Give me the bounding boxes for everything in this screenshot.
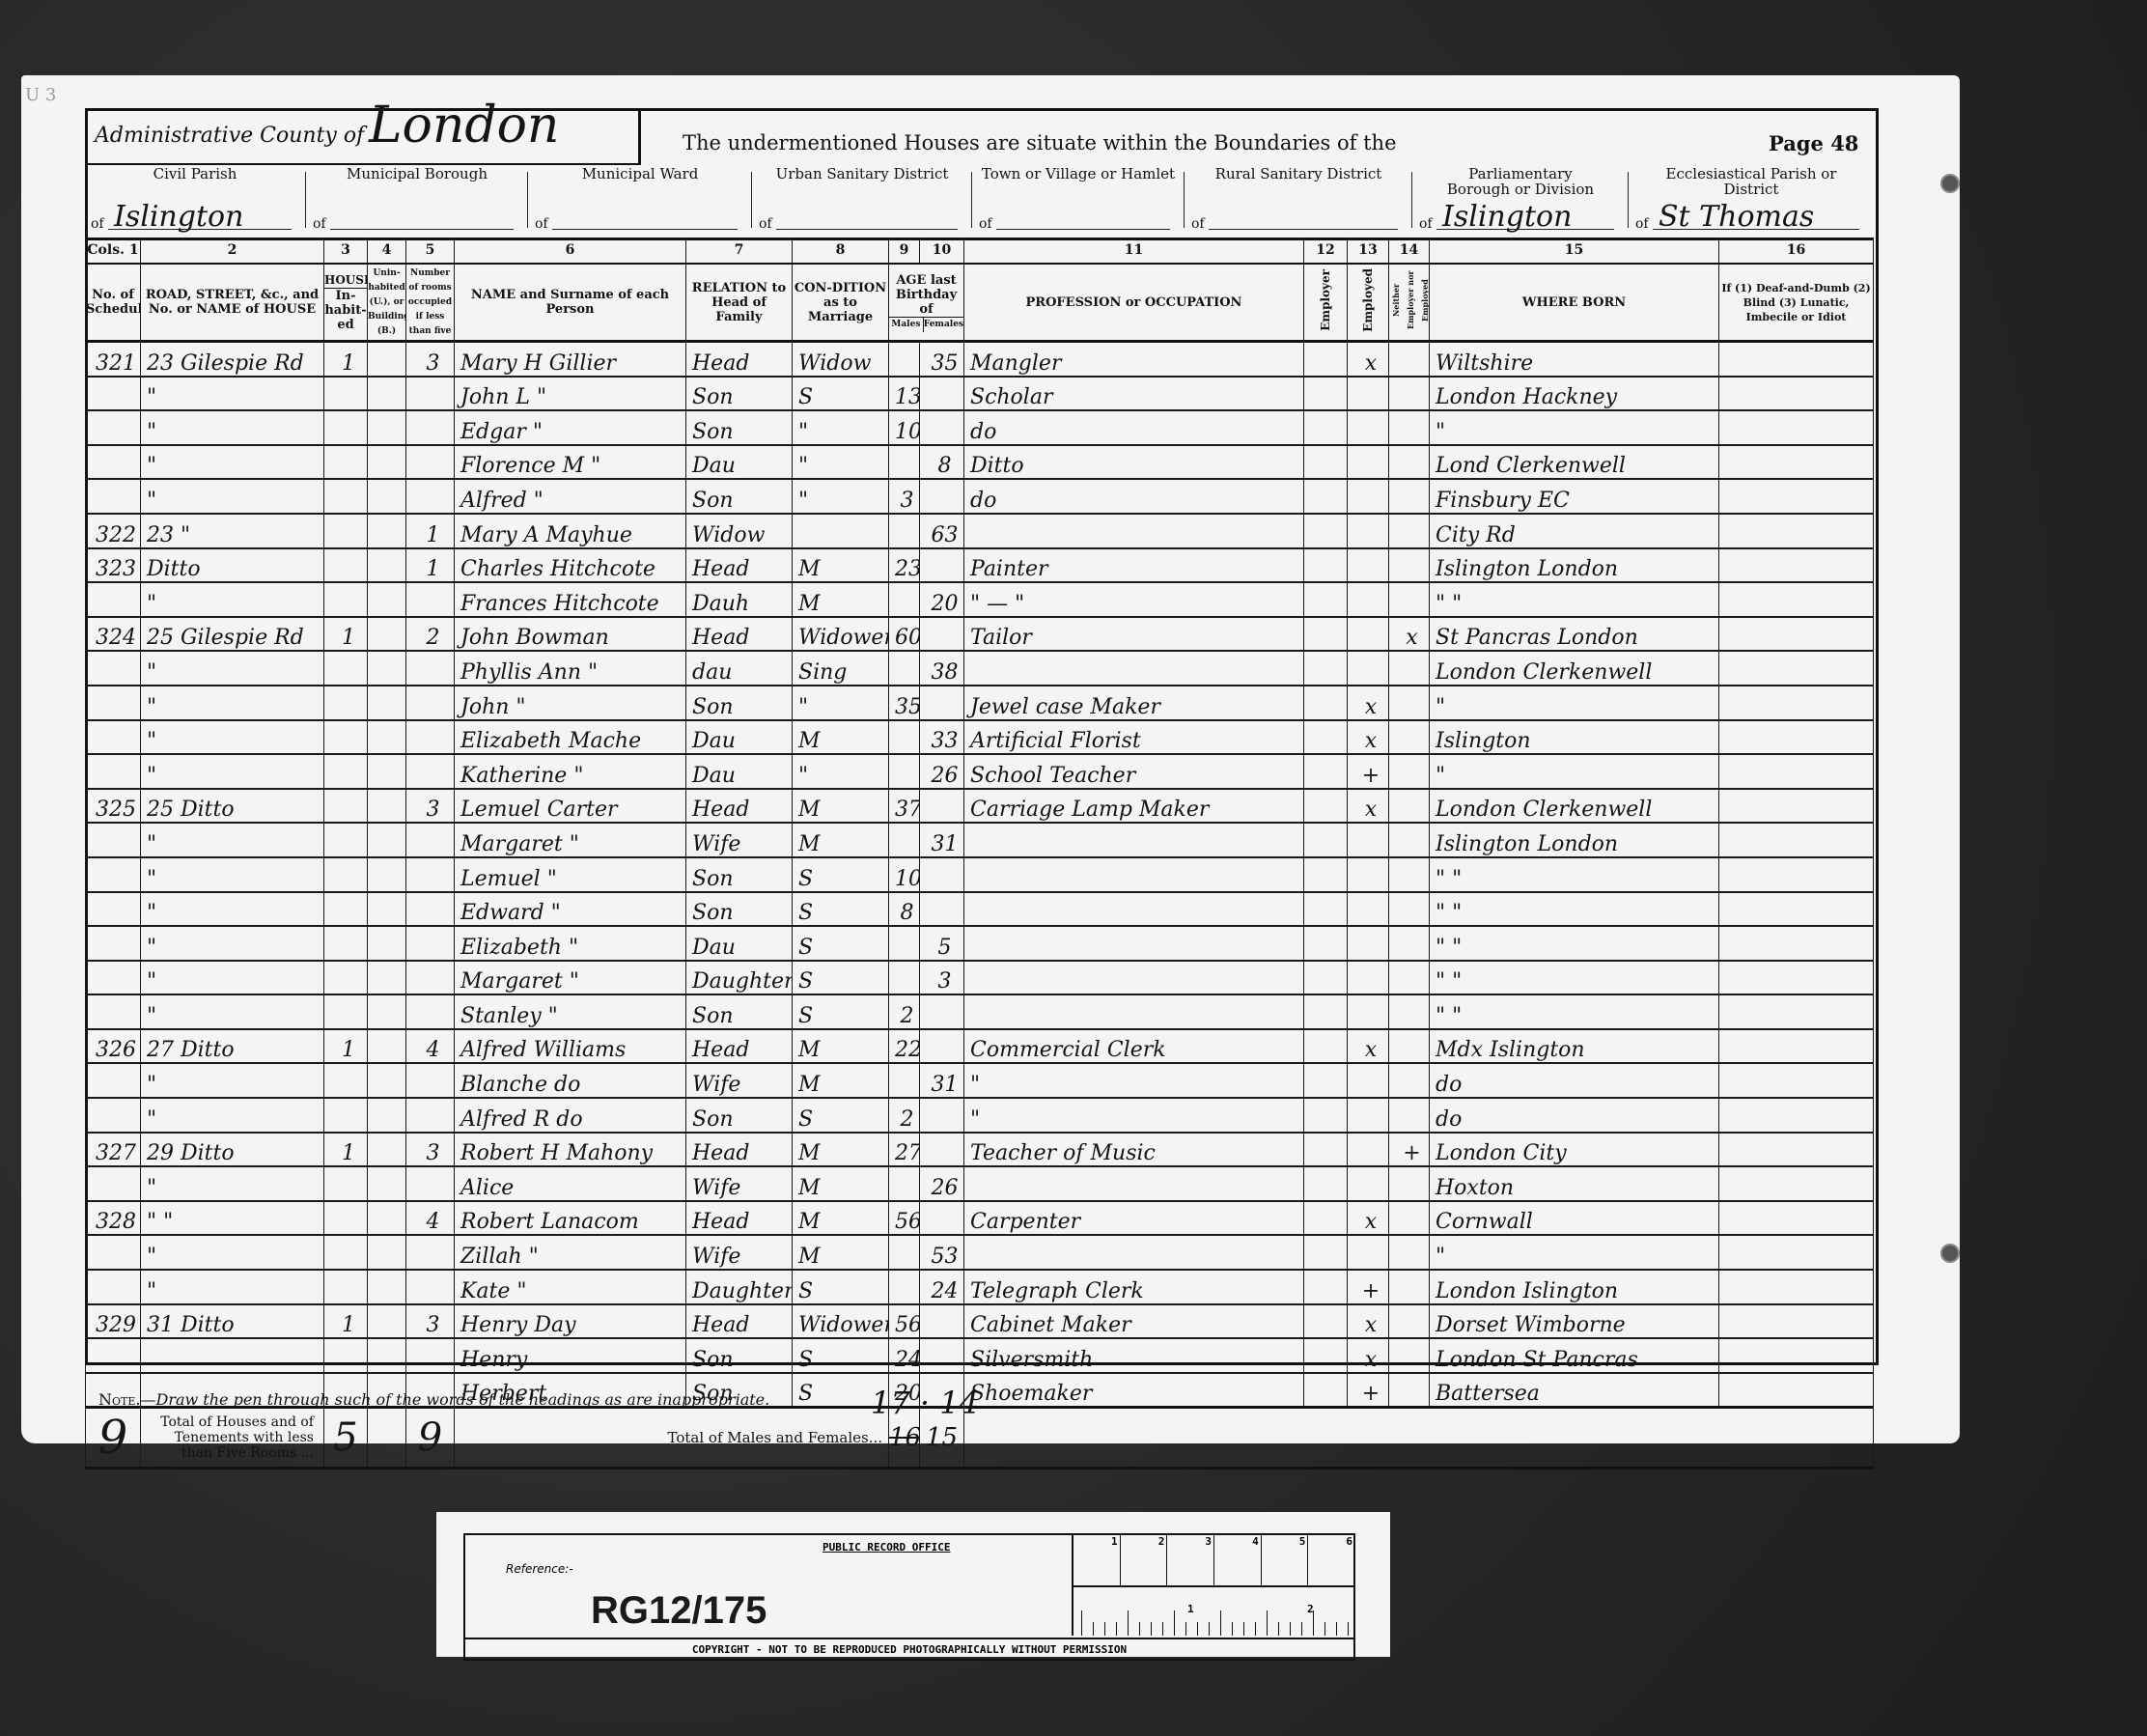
inhabited [324,514,368,548]
schedule-number: 322 [86,514,141,548]
infirmity [1719,342,1874,377]
fill-line [776,229,958,230]
female-age [920,1201,964,1236]
male-age [889,342,920,377]
employer-mark [1304,994,1348,1029]
uninhabited [368,754,406,789]
person-name: John Bowman [455,617,686,652]
person-name: Henry [455,1338,686,1373]
address: " [141,961,324,995]
rooms: 4 [406,1201,455,1236]
male-age: 22 [889,1029,920,1064]
age-group-label: AGE last Birthday of [889,273,963,317]
occupation: Commercial Clerk [964,1029,1304,1064]
neither-mark [1389,479,1430,514]
schedule-number: 321 [86,342,141,377]
relation: Dau [686,445,793,480]
male-age: 8 [889,892,920,927]
inhabited [324,548,368,583]
employed-mark [1348,617,1389,652]
neither-mark [1389,582,1430,617]
reference-card-frame: PUBLIC RECORD OFFICE Reference:- RG12/17… [463,1533,1355,1661]
female-age: 31 [920,1063,964,1098]
rooms [406,1235,455,1270]
female-age [920,1029,964,1064]
person-name: Mary A Mayhue [455,514,686,548]
employed-mark [1348,857,1389,892]
schedule-number [86,994,141,1029]
condition: Sing [793,651,889,686]
person-name: Charles Hitchcote [455,548,686,583]
employer-mark [1304,548,1348,583]
header-employed: Employed [1348,264,1389,342]
neither-mark [1389,1304,1430,1339]
rooms [406,445,455,480]
urban-sanitary-label: Urban Sanitary District [753,166,971,182]
infirmity [1719,410,1874,445]
employer-mark [1304,1201,1348,1236]
condition: M [793,1166,889,1201]
ruler-tick [1128,1610,1129,1636]
occupation [964,823,1304,857]
birthplace: " [1430,754,1719,789]
condition: S [793,1338,889,1373]
address: " [141,1235,324,1270]
relation: Son [686,479,793,514]
schedule-number: 326 [86,1029,141,1064]
female-age: 35 [920,342,964,377]
census-rows: 32123 Gilespie Rd13Mary H GillierHeadWid… [86,342,1874,1408]
header-employed-label: Employed [1361,268,1376,332]
person-name: Lemuel Carter [455,789,686,824]
inhabited [324,1201,368,1236]
header-employer-label: Employer [1319,269,1333,331]
schedule-number [86,1270,141,1304]
female-age [920,1133,964,1167]
uninhabited [368,1098,406,1133]
employed-mark [1348,548,1389,583]
inhabited [324,651,368,686]
infirmity [1719,1201,1874,1236]
birthplace: " " [1430,961,1719,995]
census-table: Cols. 1 2 3 4 5 6 7 8 9 10 11 12 13 14 1… [85,238,1874,1470]
table-row: "Margaret "DaughterS3" " [86,961,1874,995]
infirmity [1719,1235,1874,1270]
person-name: John " [455,686,686,720]
neither-mark [1389,1098,1430,1133]
schedule-number: 328 [86,1201,141,1236]
houses-group-label: HOUSES [324,273,367,289]
header-age: AGE last Birthday of MalesFemales [889,264,964,342]
col-number: 16 [1719,238,1874,264]
of-label: of [979,216,992,232]
col-number: 13 [1348,238,1389,264]
table-row: "Phyllis Ann "dauSing38London Clerkenwel… [86,651,1874,686]
employed-mark [1348,892,1389,927]
col-number: 11 [964,238,1304,264]
infirmity [1719,548,1874,583]
uninhabited [368,961,406,995]
ruler-mark: 1 [1073,1535,1121,1585]
person-name: Robert H Mahony [455,1133,686,1167]
occupation [964,892,1304,927]
address: 29 Ditto [141,1133,324,1167]
neither-mark [1389,961,1430,995]
of-label: of [535,216,548,232]
occupation [964,1235,1304,1270]
relation: Head [686,1133,793,1167]
relation: Head [686,342,793,377]
person-name: Frances Hitchcote [455,582,686,617]
employer-mark [1304,823,1348,857]
divider [751,172,752,228]
employer-mark [1304,651,1348,686]
neither-mark [1389,926,1430,961]
condition: Widow [793,342,889,377]
inhabited [324,410,368,445]
neither-mark [1389,1063,1430,1098]
schedule-number [86,823,141,857]
address [141,1338,324,1373]
copyright-notice: COPYRIGHT - NOT TO BE REPRODUCED PHOTOGR… [465,1638,1353,1656]
female-age: 5 [920,926,964,961]
uninhabited [368,857,406,892]
condition: Widower [793,617,889,652]
employed-mark [1348,410,1389,445]
neither-mark [1389,1235,1430,1270]
condition: M [793,1063,889,1098]
ruler-tick [1116,1622,1117,1636]
page-number: Page 48 [1769,131,1858,155]
col-number: 6 [455,238,686,264]
table-row: 323Ditto1Charles HitchcoteHeadM23Painter… [86,548,1874,583]
urban-sanitary-cell: Urban Sanitary District of [753,160,971,238]
condition: S [793,1270,889,1304]
ruler-tick [1197,1622,1198,1636]
table-row: 32931 Ditto13Henry DayHeadWidower56Cabin… [86,1304,1874,1339]
infirmity [1719,617,1874,652]
relation: Wife [686,823,793,857]
birthplace: Hoxton [1430,1166,1719,1201]
table-row: "Katherine "Dau"26School Teacher+" [86,754,1874,789]
employer-mark [1304,961,1348,995]
rooms [406,720,455,755]
schedule-number: 327 [86,1133,141,1167]
occupation [964,961,1304,995]
female-age: 8 [920,445,964,480]
male-age: 2 [889,994,920,1029]
occupation: " [964,1098,1304,1133]
ruler-tick [1255,1622,1256,1636]
neither-mark [1389,994,1430,1029]
person-name: Margaret " [455,823,686,857]
birthplace: " " [1430,926,1719,961]
uninhabited [368,342,406,377]
schedule-number [86,1063,141,1098]
female-age [920,479,964,514]
condition: M [793,720,889,755]
birthplace: London Islington [1430,1270,1719,1304]
female-age: 26 [920,754,964,789]
uninhabited [368,651,406,686]
schedule-number [86,651,141,686]
infirmity [1719,754,1874,789]
note-text: —Draw the pen through such of the words … [140,1390,769,1409]
address: 25 Gilespie Rd [141,617,324,652]
uninhabited [368,892,406,927]
condition [793,514,889,548]
of-label: of [313,216,326,232]
schedule-number: 325 [86,789,141,824]
inhabited [324,1235,368,1270]
uninhabited [368,720,406,755]
scale-ruler: 1 2 3 4 5 6 1 2 [1072,1535,1355,1636]
table-row: "Frances HitchcoteDauhM20" — "" " [86,582,1874,617]
uninhabited [368,617,406,652]
rooms [406,651,455,686]
relation: Son [686,892,793,927]
birthplace: " " [1430,582,1719,617]
female-age [920,410,964,445]
address: " [141,720,324,755]
female-age [920,789,964,824]
table-row: "Lemuel "SonS10" " [86,857,1874,892]
rooms [406,686,455,720]
uninhabited [368,1201,406,1236]
divider [1411,172,1412,228]
employer-mark [1304,514,1348,548]
inhabited [324,686,368,720]
male-age: 37 [889,789,920,824]
table-row: "Florence M "Dau"8DittoLond Clerkenwell [86,445,1874,480]
rural-sanitary-cell: Rural Sanitary District of [1185,160,1411,238]
male-age: 27 [889,1133,920,1167]
male-age [889,720,920,755]
column-header-row: No. of Schedule ROAD, STREET, &c., and N… [86,264,1874,342]
col-number: 15 [1430,238,1719,264]
employed-mark [1348,651,1389,686]
condition: " [793,410,889,445]
ruler-tick [1081,1610,1082,1636]
relation: Head [686,1029,793,1064]
schedule-number: 323 [86,548,141,583]
female-age [920,1098,964,1133]
schedule-number: 324 [86,617,141,652]
rooms [406,857,455,892]
corrected-totals: 17 · 14 [871,1385,979,1421]
employer-mark [1304,479,1348,514]
relation: Son [686,686,793,720]
uninhabited [368,1338,406,1373]
address: 31 Ditto [141,1304,324,1339]
employer-mark [1304,617,1348,652]
employed-mark: x [1348,1338,1389,1373]
rooms [406,1338,455,1373]
condition: " [793,686,889,720]
male-age [889,1270,920,1304]
table-row: 328" "4Robert LanacomHeadM56CarpenterxCo… [86,1201,1874,1236]
occupation: Cabinet Maker [964,1304,1304,1339]
ruler-tick [1324,1622,1325,1636]
employer-mark [1304,1098,1348,1133]
of-label: of [1191,216,1205,232]
employer-mark [1304,1235,1348,1270]
uninhabited [368,410,406,445]
col-number: 3 [324,238,368,264]
male-age: 56 [889,1304,920,1339]
schedule-number [86,410,141,445]
col-number: Cols. 1 [86,238,141,264]
employed-mark [1348,445,1389,480]
inhabited: 1 [324,1029,368,1064]
rooms: 3 [406,1133,455,1167]
header-address: ROAD, STREET, &c., and No. or NAME of HO… [141,264,324,342]
inhabited [324,823,368,857]
female-age [920,892,964,927]
male-age: 56 [889,1201,920,1236]
condition: " [793,479,889,514]
employer-mark [1304,926,1348,961]
col-number: 7 [686,238,793,264]
relation: Son [686,1338,793,1373]
schedule-number [86,892,141,927]
rooms: 4 [406,1029,455,1064]
address: " [141,892,324,927]
rooms [406,823,455,857]
of-label: of [1635,216,1649,232]
birthplace: do [1430,1063,1719,1098]
occupation: Scholar [964,377,1304,411]
margin-mark: U 3 [25,85,56,105]
ruler-tick [1174,1610,1175,1636]
boundaries-row: Civil Parish of Islington Municipal Boro… [85,160,1873,240]
male-age: 10 [889,857,920,892]
town-village-label: Town or Village or Hamlet [973,166,1184,182]
infirmity [1719,651,1874,686]
male-age: 24 [889,1338,920,1373]
condition: S [793,1098,889,1133]
divider [971,172,972,228]
male-age [889,1063,920,1098]
address: " [141,582,324,617]
reference-code: RG12/175 [591,1589,767,1633]
relation: Dau [686,720,793,755]
schedule-number [86,582,141,617]
total-uninhabited [368,1408,406,1469]
employed-mark [1348,514,1389,548]
inhabited [324,479,368,514]
employed-mark: x [1348,1029,1389,1064]
birthplace: London City [1430,1133,1719,1167]
relation: Dau [686,926,793,961]
table-row: 32425 Gilespie Rd12John BowmanHeadWidowe… [86,617,1874,652]
male-age: 35 [889,686,920,720]
birthplace: St Pancras London [1430,617,1719,652]
table-row: "Kate "DaughterS24Telegraph Clerk+London… [86,1270,1874,1304]
rooms [406,1270,455,1304]
rooms: 1 [406,548,455,583]
col-number: 2 [141,238,324,264]
address: 25 Ditto [141,789,324,824]
rooms [406,892,455,927]
employed-mark [1348,1098,1389,1133]
inhabited: 1 [324,617,368,652]
county-value: London [369,97,559,154]
table-row: "Edgar "Son"10do" [86,410,1874,445]
address: " [141,1063,324,1098]
occupation: " [964,1063,1304,1098]
female-age: 26 [920,1166,964,1201]
birthplace: Mdx Islington [1430,1029,1719,1064]
occupation [964,1166,1304,1201]
occupation: Shoemaker [964,1373,1304,1408]
occupation: Silversmith [964,1338,1304,1373]
header-employer: Employer [1304,264,1348,342]
rooms [406,1166,455,1201]
male-age [889,961,920,995]
employed-mark: x [1348,720,1389,755]
inhabited [324,961,368,995]
neither-mark [1389,754,1430,789]
relation: Son [686,377,793,411]
relation: dau [686,651,793,686]
table-row: "Alfred R doSonS2"do [86,1098,1874,1133]
birthplace: Islington [1430,720,1719,755]
infirmity [1719,1338,1874,1373]
inhabited [324,1338,368,1373]
relation: Head [686,548,793,583]
municipal-ward-label: Municipal Ward [529,166,751,182]
table-row: HenrySonS24SilversmithxLondon St Pancras [86,1338,1874,1373]
employer-mark [1304,1304,1348,1339]
table-row: "Alfred "Son"3doFinsbury EC [86,479,1874,514]
address: " [141,1166,324,1201]
male-age: 3 [889,479,920,514]
neither-mark [1389,548,1430,583]
occupation [964,994,1304,1029]
uninhabited [368,1270,406,1304]
header-inhabited: HOUSESIn-habit-ed [324,264,368,342]
uninhabited [368,686,406,720]
town-village-cell: Town or Village or Hamlet of [973,160,1184,238]
infirmity [1719,1270,1874,1304]
male-age [889,926,920,961]
totals-row: 9 Total of Houses and of Tenements with … [86,1408,1874,1469]
person-name: Alfred " [455,479,686,514]
rooms: 3 [406,789,455,824]
person-name: Stanley " [455,994,686,1029]
employer-mark [1304,754,1348,789]
infirmity [1719,582,1874,617]
ruler-mark: 6 [1308,1535,1355,1585]
female-age [920,548,964,583]
infirmity [1719,1166,1874,1201]
ruler-tick [1209,1622,1210,1636]
infirmity [1719,1063,1874,1098]
condition: M [793,1201,889,1236]
birthplace: " " [1430,892,1719,927]
table-row: "Stanley "SonS2" " [86,994,1874,1029]
condition: Widower [793,1304,889,1339]
neither-mark [1389,686,1430,720]
female-age [920,857,964,892]
table-row: 32627 Ditto14Alfred WilliamsHeadM22Comme… [86,1029,1874,1064]
header-neither: Neither Employer nor Employed [1389,264,1430,342]
schedule-number [86,377,141,411]
ruler-tick [1093,1622,1094,1636]
employer-mark [1304,342,1348,377]
employed-mark [1348,823,1389,857]
